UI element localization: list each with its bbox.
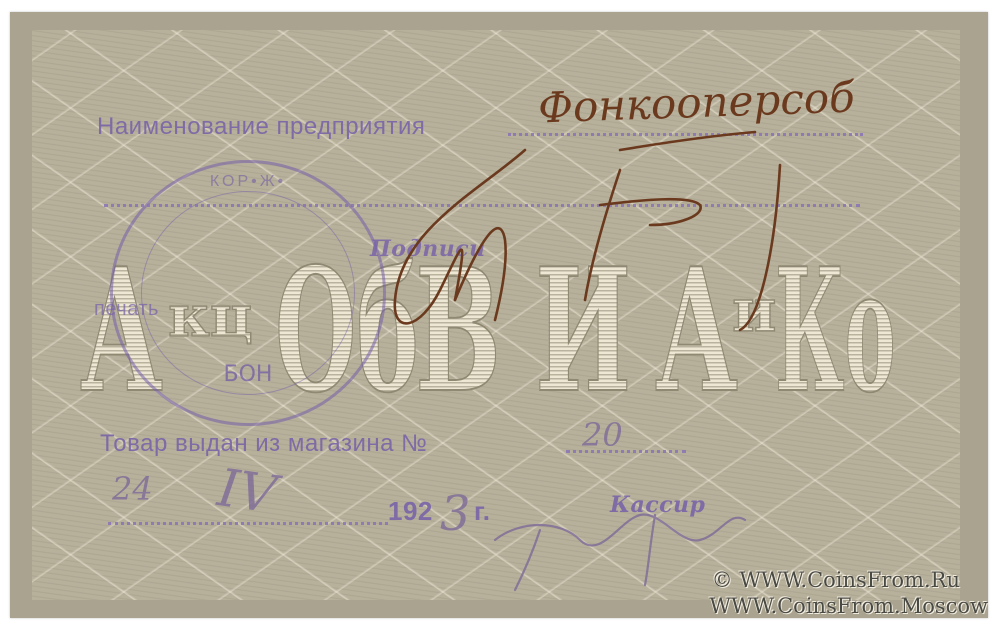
watermark-line-2: WWW.CoinsFrom.Moscow [709,594,988,618]
watermark-line-1: © WWW.CoinsFrom.Ru [712,568,960,592]
signature-strokes [0,0,1000,630]
